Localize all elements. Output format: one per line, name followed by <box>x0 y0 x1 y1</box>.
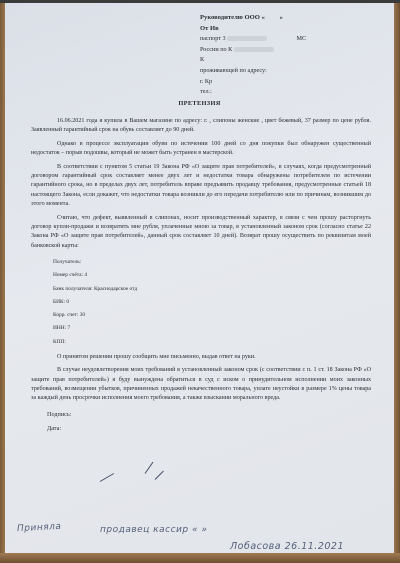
redaction <box>227 36 267 41</box>
document-body: 16.06.2021 года я купила в Вашем магазин… <box>31 117 371 436</box>
signature-scribble <box>145 462 154 474</box>
signature-block: Подпись: Дата: <box>47 408 371 436</box>
paragraph-law-reference: В соответствии с пунктом 5 статьи 19 Зак… <box>31 163 371 210</box>
wood-background-right <box>394 0 400 563</box>
document-title: ПРЕТЕНЗИЯ <box>5 100 394 107</box>
paragraph-response-request: О принятом решении прошу сообщить мне пи… <box>31 353 371 362</box>
paragraph-court-warning: В случае неудовлетворения моих требовани… <box>31 366 371 404</box>
claim-document-paper: Руководителю ООО « » От Ив паспорт 3 МС … <box>5 3 394 553</box>
bank-account: Номер счёта: 4 <box>53 269 371 282</box>
address-label: проживающей по адресу: <box>200 66 306 77</box>
issued-line: России по К <box>200 45 306 56</box>
addressee-line: Руководителю ООО « » <box>200 13 306 24</box>
wood-background-bottom <box>0 553 400 563</box>
handwritten-name-date: Лобасова 26.11.2021 <box>230 541 344 552</box>
bank-recipient: Получатель: <box>53 256 371 269</box>
signature-scribble <box>155 471 164 480</box>
paragraph-demand: Считаю, что дефект, выявленный в слипона… <box>31 214 371 252</box>
bank-corr-account: Корр. счет: 30 <box>53 309 371 322</box>
signature-scribble <box>100 473 114 482</box>
bank-kpp: КПП: <box>53 336 371 349</box>
phone-line: тел.: <box>200 87 306 98</box>
bank-inn: ИНН: 7 <box>53 322 371 335</box>
addressee-block: Руководителю ООО « » От Ив паспорт 3 МС … <box>200 13 306 98</box>
issued-line-2: К <box>200 55 306 66</box>
city-line: г. Кр <box>200 77 306 88</box>
sender-line: От Ив <box>200 24 306 35</box>
bank-details: Получатель: Номер счёта: 4 Банк получате… <box>53 256 371 348</box>
bank-name: Банк получателя: Краснодарское отд <box>53 283 371 296</box>
handwritten-received-note: Приняла <box>17 522 62 534</box>
date-label: Дата: <box>47 422 371 436</box>
handwritten-seller-cashier-note: продавец кассир « » <box>100 525 207 535</box>
paragraph-defect: Однако в процессе эксплуатации обуви по … <box>31 140 371 159</box>
redaction <box>234 47 274 52</box>
passport-line: паспорт 3 МС <box>200 34 306 45</box>
paragraph-purchase: 16.06.2021 года я купила в Вашем магазин… <box>31 117 371 136</box>
signature-label: Подпись: <box>47 408 371 422</box>
bank-bik: БИК: 0 <box>53 296 371 309</box>
